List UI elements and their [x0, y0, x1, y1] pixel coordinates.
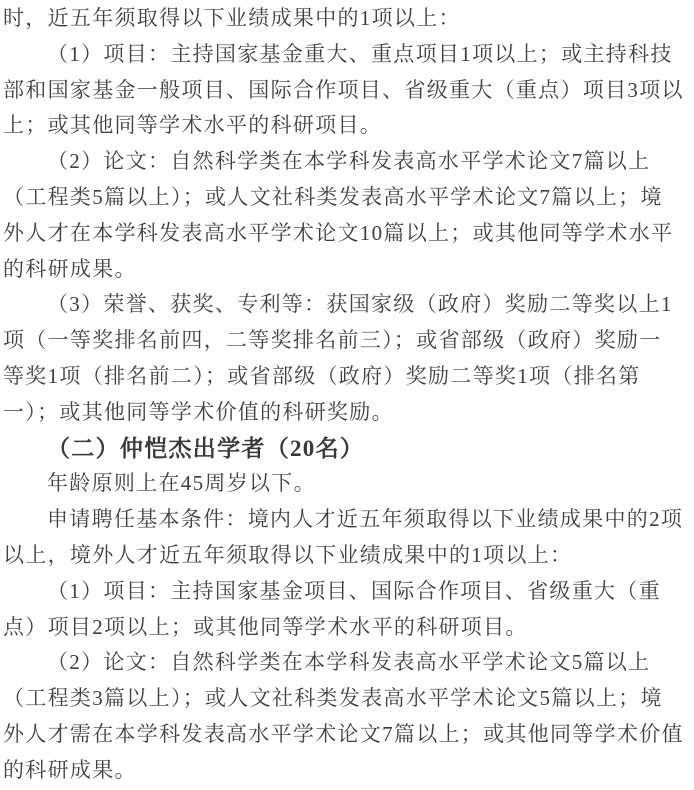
text-line: （2）论文：自然科学类在本学科发表高水平学术论文5篇以上: [3, 645, 690, 681]
text-line: 的科研成果。: [3, 753, 690, 789]
text-line: （1）项目：主持国家基金项目、国际合作项目、省级重大（重: [3, 574, 690, 610]
text-line: 时，近五年须取得以下业绩成果中的1项以上：: [3, 1, 690, 37]
text-line: 年龄原则上在45周岁以下。: [3, 466, 690, 502]
text-line: （2）论文：自然科学类在本学科发表高水平学术论文7篇以上: [3, 144, 690, 180]
text-line: 的科研成果。: [3, 252, 690, 288]
text-line: 申请聘任基本条件：境内人才近五年须取得以下业绩成果中的2项: [3, 502, 690, 538]
text-line: 以上，境外人才近五年须取得以下业绩成果中的1项以上：: [3, 538, 690, 574]
section-heading: （二）仲恺杰出学者（20名）: [3, 431, 690, 467]
text-line: 一）；或其他同等学术价值的科研奖励。: [3, 395, 690, 431]
text-line: （3）荣誉、获奖、专利等：获国家级（政府）奖励二等奖以上1: [3, 287, 690, 323]
text-line: （1）项目：主持国家基金重大、重点项目1项以上；或主持科技: [3, 37, 690, 73]
document-body: 时，近五年须取得以下业绩成果中的1项以上：（1）项目：主持国家基金重大、重点项目…: [0, 0, 694, 789]
text-line: （工程类3篇以上）；或人文社科类发表高水平学术论文5篇以上；境: [3, 681, 690, 717]
text-line: 项（一等奖排名前四，二等奖排名前三）；或省部级（政府）奖励一: [3, 323, 690, 359]
text-line: （工程类5篇以上）；或人文社科类发表高水平学术论文7篇以上；境: [3, 180, 690, 216]
text-line: 上；或其他同等学术水平的科研项目。: [3, 108, 690, 144]
text-line: 点）项目2项以上；或其他同等学术水平的科研项目。: [3, 610, 690, 646]
text-line: 等奖1项（排名前二）；或省部级（政府）奖励二等奖1项（排名第: [3, 359, 690, 395]
text-line: 外人才需在本学科发表高水平学术论文7篇以上；或其他同等学术价值: [3, 717, 690, 753]
text-line: 外人才在本学科发表高水平学术论文10篇以上；或其他同等学术水平: [3, 216, 690, 252]
document-page: 时，近五年须取得以下业绩成果中的1项以上：（1）项目：主持国家基金重大、重点项目…: [0, 0, 694, 790]
text-line: 部和国家基金一般项目、国际合作项目、省级重大（重点）项目3项以: [3, 73, 690, 109]
